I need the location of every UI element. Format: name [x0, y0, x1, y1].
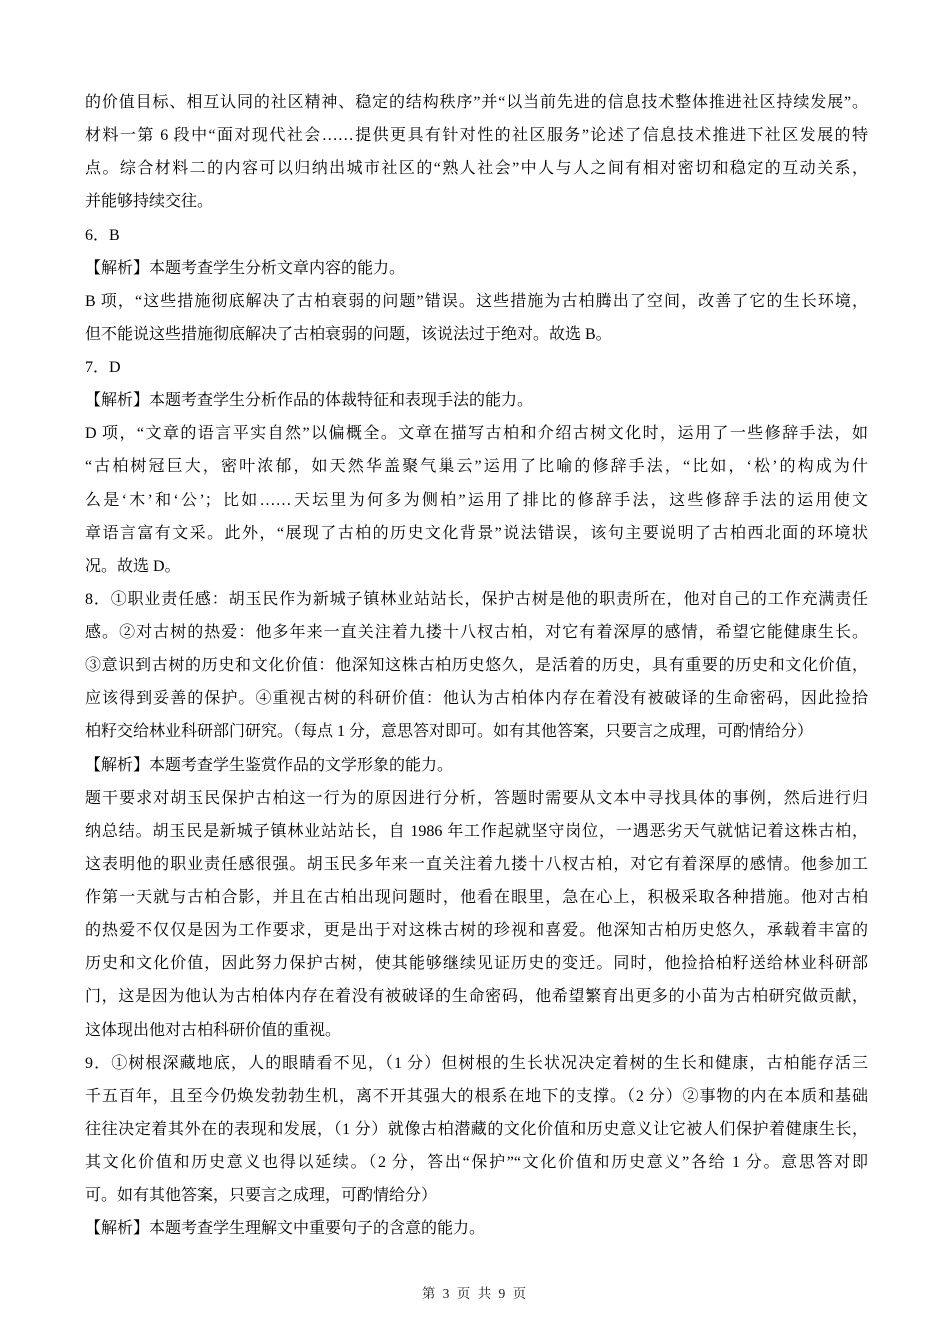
text-line: 往往决定着其外在的表现和发展，（1 分）就像古柏潜藏的文化价值和历史意义让它被人… — [85, 1113, 868, 1146]
text-line: 千五百年，且至今仍焕发勃勃生机，离不开其强大的根系在地下的支撑。（2 分）②事物… — [85, 1080, 868, 1113]
text-line: 作第一天就与古柏合影，并且在古柏出现问题时，他看在眼里，急在心上，积极采取各种措… — [85, 881, 868, 914]
text-line: 【解析】本题考查学生分析文章内容的能力。 — [85, 252, 868, 285]
text-line: 感。②对古树的热爱：他多年来一直关注着九搂十八杈古柏，对它有着深厚的感情，希望它… — [85, 616, 868, 649]
text-line: 其文化价值和历史意义也得以延续。（2 分，答出“保护”“文化价值和历史意义”各给… — [85, 1146, 868, 1179]
text-line: D 项，“文章的语言平实自然”以偏概全。文章在描写古柏和介绍古树文化时，运用了一… — [85, 417, 868, 450]
text-line: 题干要求对胡玉民保护古柏这一行为的原因进行分析，答题时需要从文本中寻找具体的事例… — [85, 782, 868, 815]
text-line: 纳总结。胡玉民是新城子镇林业站站长，自 1986 年工作起就坚守岗位，一遇恶劣天… — [85, 815, 868, 848]
text-line: 的价值目标、相互认同的社区精神、稳定的结构秩序”并“以当前先进的信息技术整体推进… — [85, 86, 868, 119]
text-line: 这表明他的职业责任感很强。胡玉民多年来一直关注着九搂十八杈古柏，对它有着深厚的感… — [85, 848, 868, 881]
text-line: 7．D — [85, 351, 868, 384]
text-line: 【解析】本题考查学生理解文中重要句子的含意的能力。 — [85, 1212, 868, 1245]
text-line: 况。故选 D。 — [85, 550, 868, 583]
text-line: 历史和文化价值，因此努力保护古树，使其能够继续见证历史的变迁。同时，他捡拾柏籽送… — [85, 947, 868, 980]
text-line: 这体现出他对古柏科研价值的重视。 — [85, 1014, 868, 1047]
text-line: 8．①职业责任感：胡玉民作为新城子镇林业站站长，保护古树是他的职责所在，他对自己… — [85, 583, 868, 616]
document-page: 的价值目标、相互认同的社区精神、稳定的结构秩序”并“以当前先进的信息技术整体推进… — [0, 0, 950, 1344]
text-line: 点。综合材料二的内容可以归纳出城市社区的“熟人社会”中人与人之间有相对密切和稳定… — [85, 152, 868, 185]
text-line: 柏籽交给林业科研部门研究。（每点 1 分，意思答对即可。如有其他答案，只要言之成… — [85, 715, 868, 748]
text-line: 并能够持续交往。 — [85, 185, 868, 218]
text-line: 【解析】本题考查学生分析作品的体裁特征和表现手法的能力。 — [85, 384, 868, 417]
text-line: B 项，“这些措施彻底解决了古柏衰弱的问题”错误。这些措施为古柏腾出了空间，改善… — [85, 285, 868, 318]
text-line: 9．①树根深藏地底，人的眼睛看不见，（1 分）但树根的生长状况决定着树的生长和健… — [85, 1047, 868, 1080]
text-line: 么是‘木’和‘公’；比如……天坛里为何多为侧柏”运用了排比的修辞手法，这些修辞手… — [85, 484, 868, 517]
text-line: 的热爱不仅仅是因为工作要求，更是出于对这株古树的珍视和喜爱。他深知古柏历史悠久，… — [85, 914, 868, 947]
text-line: 应该得到妥善的保护。④重视古树的科研价值：他认为古柏体内存在着没有被破译的生命密… — [85, 682, 868, 715]
page-footer: 第 3 页 共 9 页 — [0, 1282, 950, 1302]
document-body: 的价值目标、相互认同的社区精神、稳定的结构秩序”并“以当前先进的信息技术整体推进… — [85, 86, 868, 1245]
text-line: 【解析】本题考查学生鉴赏作品的文学形象的能力。 — [85, 749, 868, 782]
text-line: 章语言富有文采。此外，“展现了古柏的历史文化背景”说法错误，该句主要说明了古柏西… — [85, 517, 868, 550]
text-line: 可。如有其他答案，只要言之成理，可酌情给分） — [85, 1179, 868, 1212]
page-number-label: 第 3 页 共 9 页 — [422, 1286, 528, 1301]
text-line: ③意识到古树的历史和文化价值：他深知这株古柏历史悠久，是活着的历史，具有重要的历… — [85, 649, 868, 682]
text-line: 但不能说这些措施彻底解决了古柏衰弱的问题，该说法过于绝对。故选 B。 — [85, 318, 868, 351]
text-line: 材料一第 6 段中“面对现代社会……提供更具有针对性的社区服务”论述了信息技术推… — [85, 119, 868, 152]
text-line: 6．B — [85, 219, 868, 252]
text-line: 门，这是因为他认为古柏体内存在着没有被破译的生命密码，他希望繁育出更多的小苗为古… — [85, 980, 868, 1013]
text-line: “古柏树冠巨大，密叶浓郁，如天然华盖聚气巢云”运用了比喻的修辞手法，“比如，‘松… — [85, 450, 868, 483]
